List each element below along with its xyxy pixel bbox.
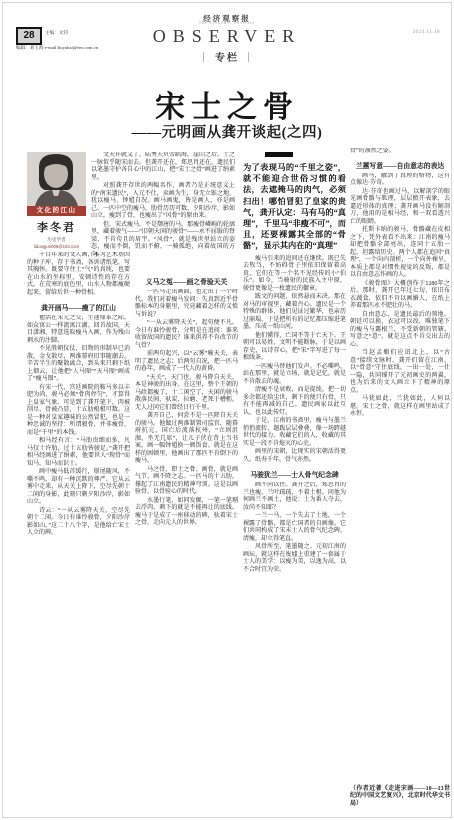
paragraph: 达·芬奇也画过马，以解剖学的眼光画骨骼与肌理，层层掀开表象，去逼近形体的真理；龚…	[350, 189, 450, 227]
column-4: 骨”的凛然之姿。 兰蕙写意——自由意志的表达 画马，触到了真理的格物，这有点像达…	[350, 148, 450, 808]
pull-quote: 为了表现马的“千里之姿”，就不能迎合世俗习惯的看法，去遮掩马的肉气，必须扫出！哪…	[243, 162, 346, 252]
paragraph: 龚开自己，何尝不是一匹降自天关的骏马。他做过两淮制置司监官，随幕府抗元，国亡后流…	[135, 413, 238, 466]
column-2-body: 一匹马走出画面，也走出了一个时代。我们对着瘦马发问：失真到近乎骨骼标本的身躯里，…	[135, 289, 238, 808]
column-1: 千百年来的文人画，本为艺术基因的种子库，存于书斋，各诉诸纸笔，写其胸怀。既要守住…	[27, 252, 130, 808]
paragraph: 一匹马走出画面，也走出了一个时代。我们对着瘦马发问：失真到近乎骨骼标本的身躯里，…	[135, 289, 238, 319]
paragraph: 画里的宋朝，比现实的宋朝活得更久。纸寿千年，骨气亦然。	[243, 449, 346, 464]
column-3-body-1: 瘦马引来的追问还在继续。既已失去牧刍，不妨碍骨子里依旧保留着高贵，它们在等一个名…	[243, 256, 346, 466]
author-card: 文化的江山 李冬君 历史学者 lidongjun009@163.com	[27, 152, 86, 249]
article-subtitle: ——元明画从龚开谈起(之四)	[0, 121, 454, 142]
paragraph: 瘦马引来的追问还在继续。既已失去牧刍，不妨碍骨子里依旧保留着高贵，它们在等一个名…	[243, 256, 346, 294]
paragraph: 画马，触到了真理的格物，这有点像达·芬奇。	[350, 173, 450, 188]
masthead-observer: OBSERVER	[0, 26, 454, 47]
column-2: 义马之冤——画之骨验天关 一匹马走出画面，也走出了一个时代。我们对着瘦马发问：失…	[135, 272, 238, 808]
column-4-lead: 骨”的凛然之姿。	[350, 148, 450, 156]
column-3: 为了表现马的“千里之姿”，就不能迎合世俗习惯的看法，去遮掩马的肉气，必须扫出！哪…	[243, 150, 346, 808]
column-1-intro: 千百年来的文人画，本为艺术基因的种子库，存于书斋，各诉诸纸笔，写其胸怀。既要守住…	[27, 252, 130, 298]
column-1-body: 他活在宋元之交，生逢鼎革之际，如众寓公一样流寓江湖。回首故国，天目潇湘，特意选取…	[27, 315, 130, 808]
paragraph: 《骏骨图》大概创作于1280年之后。那时，龚开已年过七旬，依旧布衣蔬食，依旧不肯…	[350, 281, 450, 311]
column-3-heading: 马骏犹兰——士人骨气纪念碑	[243, 469, 346, 479]
paragraph: 文天祥就义了，陆秀夫负帝蹈海，崖山之后，士之一脉似乎随宋而去。但龚开还在，郑思肖…	[91, 152, 235, 182]
paragraph: 画不同以往。龚开之后，郑思肖的兰也瘦，兰叶疏疏，不着土根。问他为何画兰不画土，他…	[243, 482, 346, 512]
column-1-heading: 龚开画马——瘦了的江山	[27, 302, 130, 312]
section-bar-right: ｜	[244, 53, 256, 64]
paragraph: 诗云：“一从云雾降天关，空尽先朝十二闲。今日有谁怜骏骨，夕阳沙岸影如山。”这二十…	[27, 508, 130, 538]
author-photo	[27, 152, 86, 206]
paragraph: 清瘦不是衰败，而是提纯。把一切多余都还给尘世，剩下的便只有骨，只有不能再减的自己…	[243, 387, 346, 417]
author-name: 李冬君	[27, 219, 86, 235]
paragraph: 对照龚开存世的两幅名作，画者乃是正统意义上的“南宋遗民”，入元不仕，卖画为生，身…	[91, 183, 235, 221]
author-email: lidongjun009@163.com	[27, 244, 86, 249]
column-4-heading: 兰蕙写意——自由意志的表达	[350, 160, 450, 170]
section-bar-left: ｜	[199, 53, 211, 64]
paragraph: 画中瘦马低首缓行，鬃尾随风，不嘶不鸣，却有一种沉默的尊严。它从云雾中走来，从天关…	[27, 469, 130, 507]
paragraph: 有宋一代，宫廷画院的鞍马多以丰肥为尚，骏马必须“骨肉停匀”，才算得上皇家气象。可…	[27, 385, 130, 438]
paper-name-en: The Economic Observer	[0, 21, 454, 25]
paragraph: 水墨行笔，如同发掘，一笔一笔剔去浮肉，剩下的就是不能再让的底线。瘦马于是成了一座…	[135, 498, 238, 528]
paragraph: 前两句起兴，以“云雾”喻天关，表明了遗民之志；后两句自况，把一匹马的暮年，画成了…	[135, 351, 238, 374]
paragraph: “天关”，天门也，骏马降自天关，本是神骏的出身。在这里，整个王朝的马政都瘦了，十…	[135, 375, 238, 413]
paragraph: 马犹如此，兰犹如此，人何以堪。宋士之骨，就这样在画里站成了永恒。	[350, 396, 450, 419]
paragraph: 跋文的问题，依然悬而未决。那在对马的审视里，藏着丹心。遗民是一个特殊的群体，他们…	[243, 294, 346, 332]
paragraph: 不见胜朝仪仗，旧物的形制早已消散，金戈散尽，两淮幕府旧事随潮去。辛苦半生的聚散离…	[27, 346, 130, 384]
paragraph: 他活在宋元之交，生逢鼎革之际，如众寓公一样流寓江湖。回首故国，天目潇湘，特意选取…	[27, 315, 130, 345]
column-3-body-2: 画不同以往。龚开之后，郑思肖的兰也瘦，兰叶疏疏，不着土根。问他为何画兰不画土，他…	[243, 482, 346, 808]
section-name: 专栏	[215, 53, 239, 64]
column-4-body: 画马，触到了真理的格物，这有点像达·芬奇。达·芬奇也画过马，以解剖学的眼光画骨骼…	[350, 173, 450, 783]
paragraph: 他们懂得，亡国不等于亡天下。王朝可以易姓，文明不能断脉，于是以画存史，以诗存心，…	[243, 333, 346, 363]
paragraph: 当赵孟頫们应诏北上，以“古意”接续文脉时，龚开们留在江南，以“骨意”守住底线。一…	[350, 350, 450, 395]
paragraph: 一兰一马，一个失去了土地，一个裸露了骨骼，都是亡国者的自画像。它们共同构成了宋末…	[243, 513, 346, 543]
paragraph: 风骨所至，笔墨随之。元初江南的画坛，就这样在废墟上重建了一套属于士人的美学：以瘦…	[243, 544, 346, 574]
paragraph: 相马经有言：“马肋贵细而多，凡马仅十许肋，过十五肋皆骏足。”龚开把相马经画进了绢…	[27, 438, 130, 468]
pull-quote-bar	[265, 152, 293, 157]
column-2-heading: 义马之冤——画之骨验天关	[135, 276, 238, 286]
paragraph: 千百年来的文人画，本为艺术基因的种子库，存于书斋，各诉诸纸笔，写其胸怀。既要守住…	[27, 252, 130, 297]
newspaper-page: 28 主编：文钊 编辑：刘玉海 e-mail:liuyuhai@eeo.com.…	[0, 0, 454, 820]
paragraph: 托斯卡纳的骏马，骨骼藏在皮相之下，凭外表看不出来；江南的瘦马却把骨骼全部亮出，连…	[350, 227, 450, 280]
paragraph: “一从云雾降天关”，起句便不凡。今日有谁怜骏骨，分明是在追问：谁来收留故国的遗民…	[135, 320, 238, 350]
paragraph: 自由意志，是遗民最后的领地。朝廷可以换，衣冠可以改，唯独笔下的瘦马与露根兰，不受…	[350, 312, 450, 350]
column-banner: 文化的江山	[27, 206, 86, 216]
paragraph: 马之骨，即士之骨。画骨，就是画气节，画不降之志。一匹马的十五肋，撑起了江南遗民的…	[135, 467, 238, 497]
article-title: 宋士之骨	[0, 82, 454, 126]
author-book-credit: （作者近著《走进宋画——10—13世纪的中国文艺复兴》，北京时代华文书局）	[350, 786, 450, 808]
paragraph: 于是，江南的书斋里，瘦马与墨兰悄悄流转，题跋层层叠叠，像一场跨越世代的接力。收藏…	[243, 418, 346, 448]
paragraph: 一匹瘦马替他们发声。不必嘶鸣，站在那里，就是立场，就是记忆，就是不肯散去的魂。	[243, 364, 346, 387]
section-label: ｜ 专栏 ｜	[0, 49, 454, 64]
author-role: 历史学者	[27, 237, 86, 243]
